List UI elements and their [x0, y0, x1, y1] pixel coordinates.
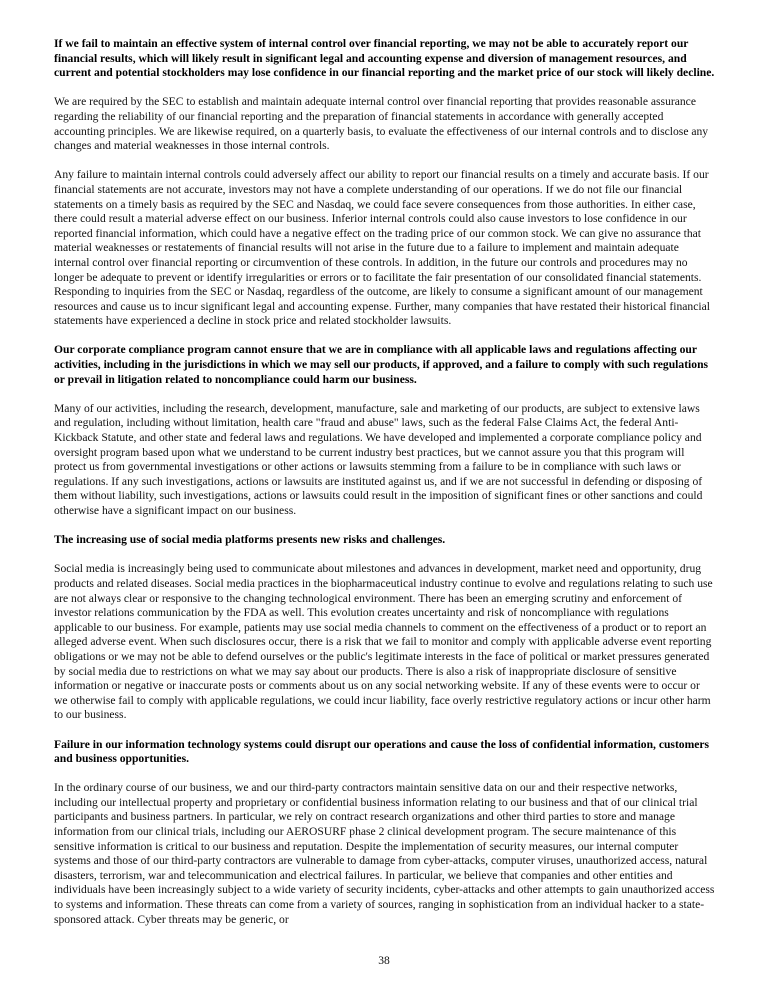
body-paragraph: In the ordinary course of our business, …: [54, 781, 716, 927]
page-number: 38: [0, 954, 768, 967]
section-heading: If we fail to maintain an effective syst…: [54, 37, 716, 81]
body-paragraph: Social media is increasingly being used …: [54, 562, 716, 723]
risk-factor-compliance-program: Our corporate compliance program cannot …: [54, 343, 716, 518]
document-page: If we fail to maintain an effective syst…: [54, 37, 716, 942]
body-paragraph: Any failure to maintain internal control…: [54, 168, 716, 329]
risk-factor-social-media: The increasing use of social media platf…: [54, 533, 716, 723]
section-heading: Failure in our information technology sy…: [54, 738, 716, 767]
body-paragraph: We are required by the SEC to establish …: [54, 95, 716, 153]
body-paragraph: Many of our activities, including the re…: [54, 402, 716, 519]
risk-factor-internal-control: If we fail to maintain an effective syst…: [54, 37, 716, 329]
risk-factor-it-systems: Failure in our information technology sy…: [54, 738, 716, 928]
section-heading: The increasing use of social media platf…: [54, 533, 716, 548]
section-heading: Our corporate compliance program cannot …: [54, 343, 716, 387]
